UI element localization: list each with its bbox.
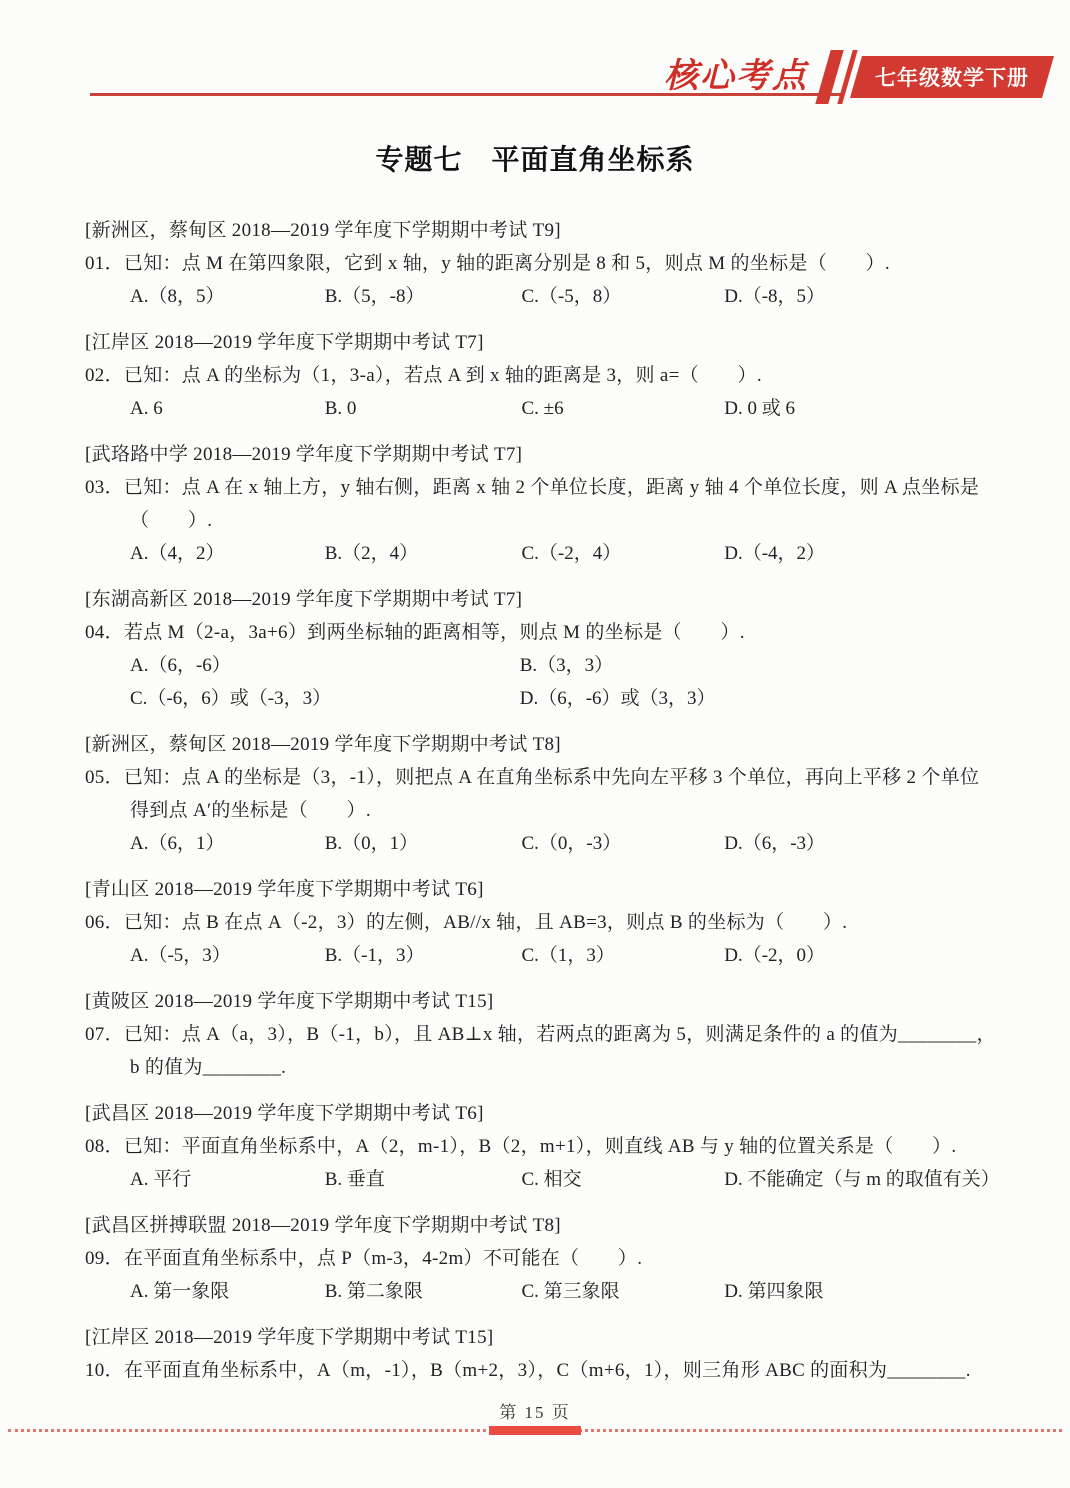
question-block: [新洲区，蔡甸区 2018—2019 学年度下学期期中考试 T8] 05．已知：… [85,728,985,860]
option-c: C.（-2，4） [522,537,720,570]
worksheet-page: 核心考点 七年级数学下册 专题七 平面直角坐标系 [新洲区，蔡甸区 2018—2… [0,0,1070,1488]
question-text: 04．若点 M（2-a，3a+6）到两坐标轴的距离相等，则点 M 的坐标是（ ）… [85,616,985,649]
option-row: A.（6，1） B.（0，1） C.（0，-3） D.（6，-3） [85,827,985,860]
option-d: D.（-4，2） [724,537,825,570]
question-source: [新洲区，蔡甸区 2018—2019 学年度下学期期中考试 T9] [85,214,985,247]
question-source: [新洲区，蔡甸区 2018—2019 学年度下学期期中考试 T8] [85,728,985,761]
option-b: B. 第二象限 [325,1275,517,1308]
question-block: [新洲区，蔡甸区 2018—2019 学年度下学期期中考试 T9] 01．已知：… [85,214,985,313]
option-c: C. 相交 [522,1163,720,1196]
option-row: A.（-5，3） B.（-1，3） C.（1，3） D.（-2，0） [85,939,985,972]
option-d: D.（6，-3） [724,827,825,860]
question-text: 05．已知：点 A 的坐标是（3，-1），则把点 A 在直角坐标系中先向左平移 … [85,761,985,794]
question-block: [黄陂区 2018—2019 学年度下学期期中考试 T15] 07．已知：点 A… [85,985,985,1084]
question-block: [青山区 2018—2019 学年度下学期期中考试 T6] 06．已知：点 B … [85,873,985,972]
book-badge: 七年级数学下册 [850,56,1054,98]
question-list: [新洲区，蔡甸区 2018—2019 学年度下学期期中考试 T9] 01．已知：… [85,214,985,1387]
question-block: [武昌区 2018—2019 学年度下学期期中考试 T6] 08．已知：平面直角… [85,1097,985,1196]
question-source: [武珞路中学 2018—2019 学年度下学期期中考试 T7] [85,438,985,471]
option-d: D. 不能确定（与 m 的取值有关） [724,1163,1000,1196]
option-b: B. 垂直 [325,1163,517,1196]
question-text: （ ）. [85,504,985,537]
question-source: [武昌区 2018—2019 学年度下学期期中考试 T6] [85,1097,985,1130]
option-row: A. 平行 B. 垂直 C. 相交 D. 不能确定（与 m 的取值有关） [85,1163,985,1196]
option-c: C.（-5，8） [522,280,720,313]
option-d: D. 第四象限 [724,1275,823,1308]
option-a: A.（8，5） [130,280,320,313]
question-block: [江岸区 2018—2019 学年度下学期期中考试 T15] 10．在平面直角坐… [85,1321,985,1387]
question-text: 08．已知：平面直角坐标系中，A（2，m-1），B（2，m+1），则直线 AB … [85,1130,985,1163]
option-a: A.（4，2） [130,537,320,570]
option-row: A. 6 B. 0 C. ±6 D. 0 或 6 [85,392,985,425]
question-source: [江岸区 2018—2019 学年度下学期期中考试 T7] [85,326,985,359]
question-block: [江岸区 2018—2019 学年度下学期期中考试 T7] 02．已知：点 A … [85,326,985,425]
option-row: A.（4，2） B.（2，4） C.（-2，4） D.（-4，2） [85,537,985,570]
option-c: C.（-6，6）或（-3，3） [130,682,515,715]
option-c: C. 第三象限 [522,1275,720,1308]
question-text: 03．已知：点 A 在 x 轴上方，y 轴右侧，距离 x 轴 2 个单位长度，距… [85,471,985,504]
option-c: C.（1，3） [522,939,720,972]
option-d: D. 0 或 6 [724,392,795,425]
option-d: D.（6，-6）或（3，3） [520,682,716,715]
brand-title: 核心考点 [664,48,808,97]
question-block: [武珞路中学 2018—2019 学年度下学期期中考试 T7] 03．已知：点 … [85,438,985,570]
option-b: B.（3，3） [520,649,613,682]
option-b: B.（-1，3） [325,939,517,972]
option-a: A.（6，-6） [130,649,515,682]
option-b: B.（5，-8） [325,280,517,313]
question-source: [黄陂区 2018—2019 学年度下学期期中考试 T15] [85,985,985,1018]
option-b: B.（0，1） [325,827,517,860]
question-source: [武昌区拼搏联盟 2018—2019 学年度下学期期中考试 T8] [85,1209,985,1242]
question-text: b 的值为________. [85,1051,985,1084]
option-b: B. 0 [325,392,517,425]
question-text: 06．已知：点 B 在点 A（-2，3）的左侧，AB//x 轴，且 AB=3，则… [85,906,985,939]
question-text: 01．已知：点 M 在第四象限，它到 x 轴，y 轴的距离分别是 8 和 5，则… [85,247,985,280]
question-source: [青山区 2018—2019 学年度下学期期中考试 T6] [85,873,985,906]
question-block: [东湖高新区 2018—2019 学年度下学期期中考试 T7] 04．若点 M（… [85,583,985,715]
question-text: 得到点 A′的坐标是（ ）. [85,794,985,827]
option-a: A. 平行 [130,1163,320,1196]
footer-accent-bar [489,1426,581,1435]
option-c: C. ±6 [522,392,720,425]
book-badge-label: 七年级数学下册 [875,62,1029,92]
page-title: 专题七 平面直角坐标系 [0,138,1070,178]
option-row: A.（8，5） B.（5，-8） C.（-5，8） D.（-8，5） [85,280,985,313]
option-a: A.（-5，3） [130,939,320,972]
option-row: A.（6，-6） B.（3，3） [85,649,985,682]
page-header: 核心考点 七年级数学下册 [0,0,1070,100]
question-text: 10．在平面直角坐标系中，A（m，-1），B（m+2，3），C（m+6，1），则… [85,1354,985,1387]
option-a: A. 6 [130,392,320,425]
option-d: D.（-8，5） [724,280,825,313]
question-block: [武昌区拼搏联盟 2018—2019 学年度下学期期中考试 T8] 09．在平面… [85,1209,985,1308]
question-text: 09．在平面直角坐标系中，点 P（m-3，4-2m）不可能在（ ）. [85,1242,985,1275]
question-text: 07．已知：点 A（a，3），B（-1，b），且 AB⊥x 轴，若两点的距离为 … [85,1018,985,1051]
question-source: [江岸区 2018—2019 学年度下学期期中考试 T15] [85,1321,985,1354]
option-b: B.（2，4） [325,537,517,570]
option-row: C.（-6，6）或（-3，3） D.（6，-6）或（3，3） [85,682,985,715]
page-number: 第 15 页 [0,1398,1070,1423]
option-row: A. 第一象限 B. 第二象限 C. 第三象限 D. 第四象限 [85,1275,985,1308]
option-d: D.（-2，0） [724,939,825,972]
option-a: A. 第一象限 [130,1275,320,1308]
option-a: A.（6，1） [130,827,320,860]
question-source: [东湖高新区 2018—2019 学年度下学期期中考试 T7] [85,583,985,616]
option-c: C.（0，-3） [522,827,720,860]
question-text: 02．已知：点 A 的坐标为（1，3-a），若点 A 到 x 轴的距离是 3，则… [85,359,985,392]
